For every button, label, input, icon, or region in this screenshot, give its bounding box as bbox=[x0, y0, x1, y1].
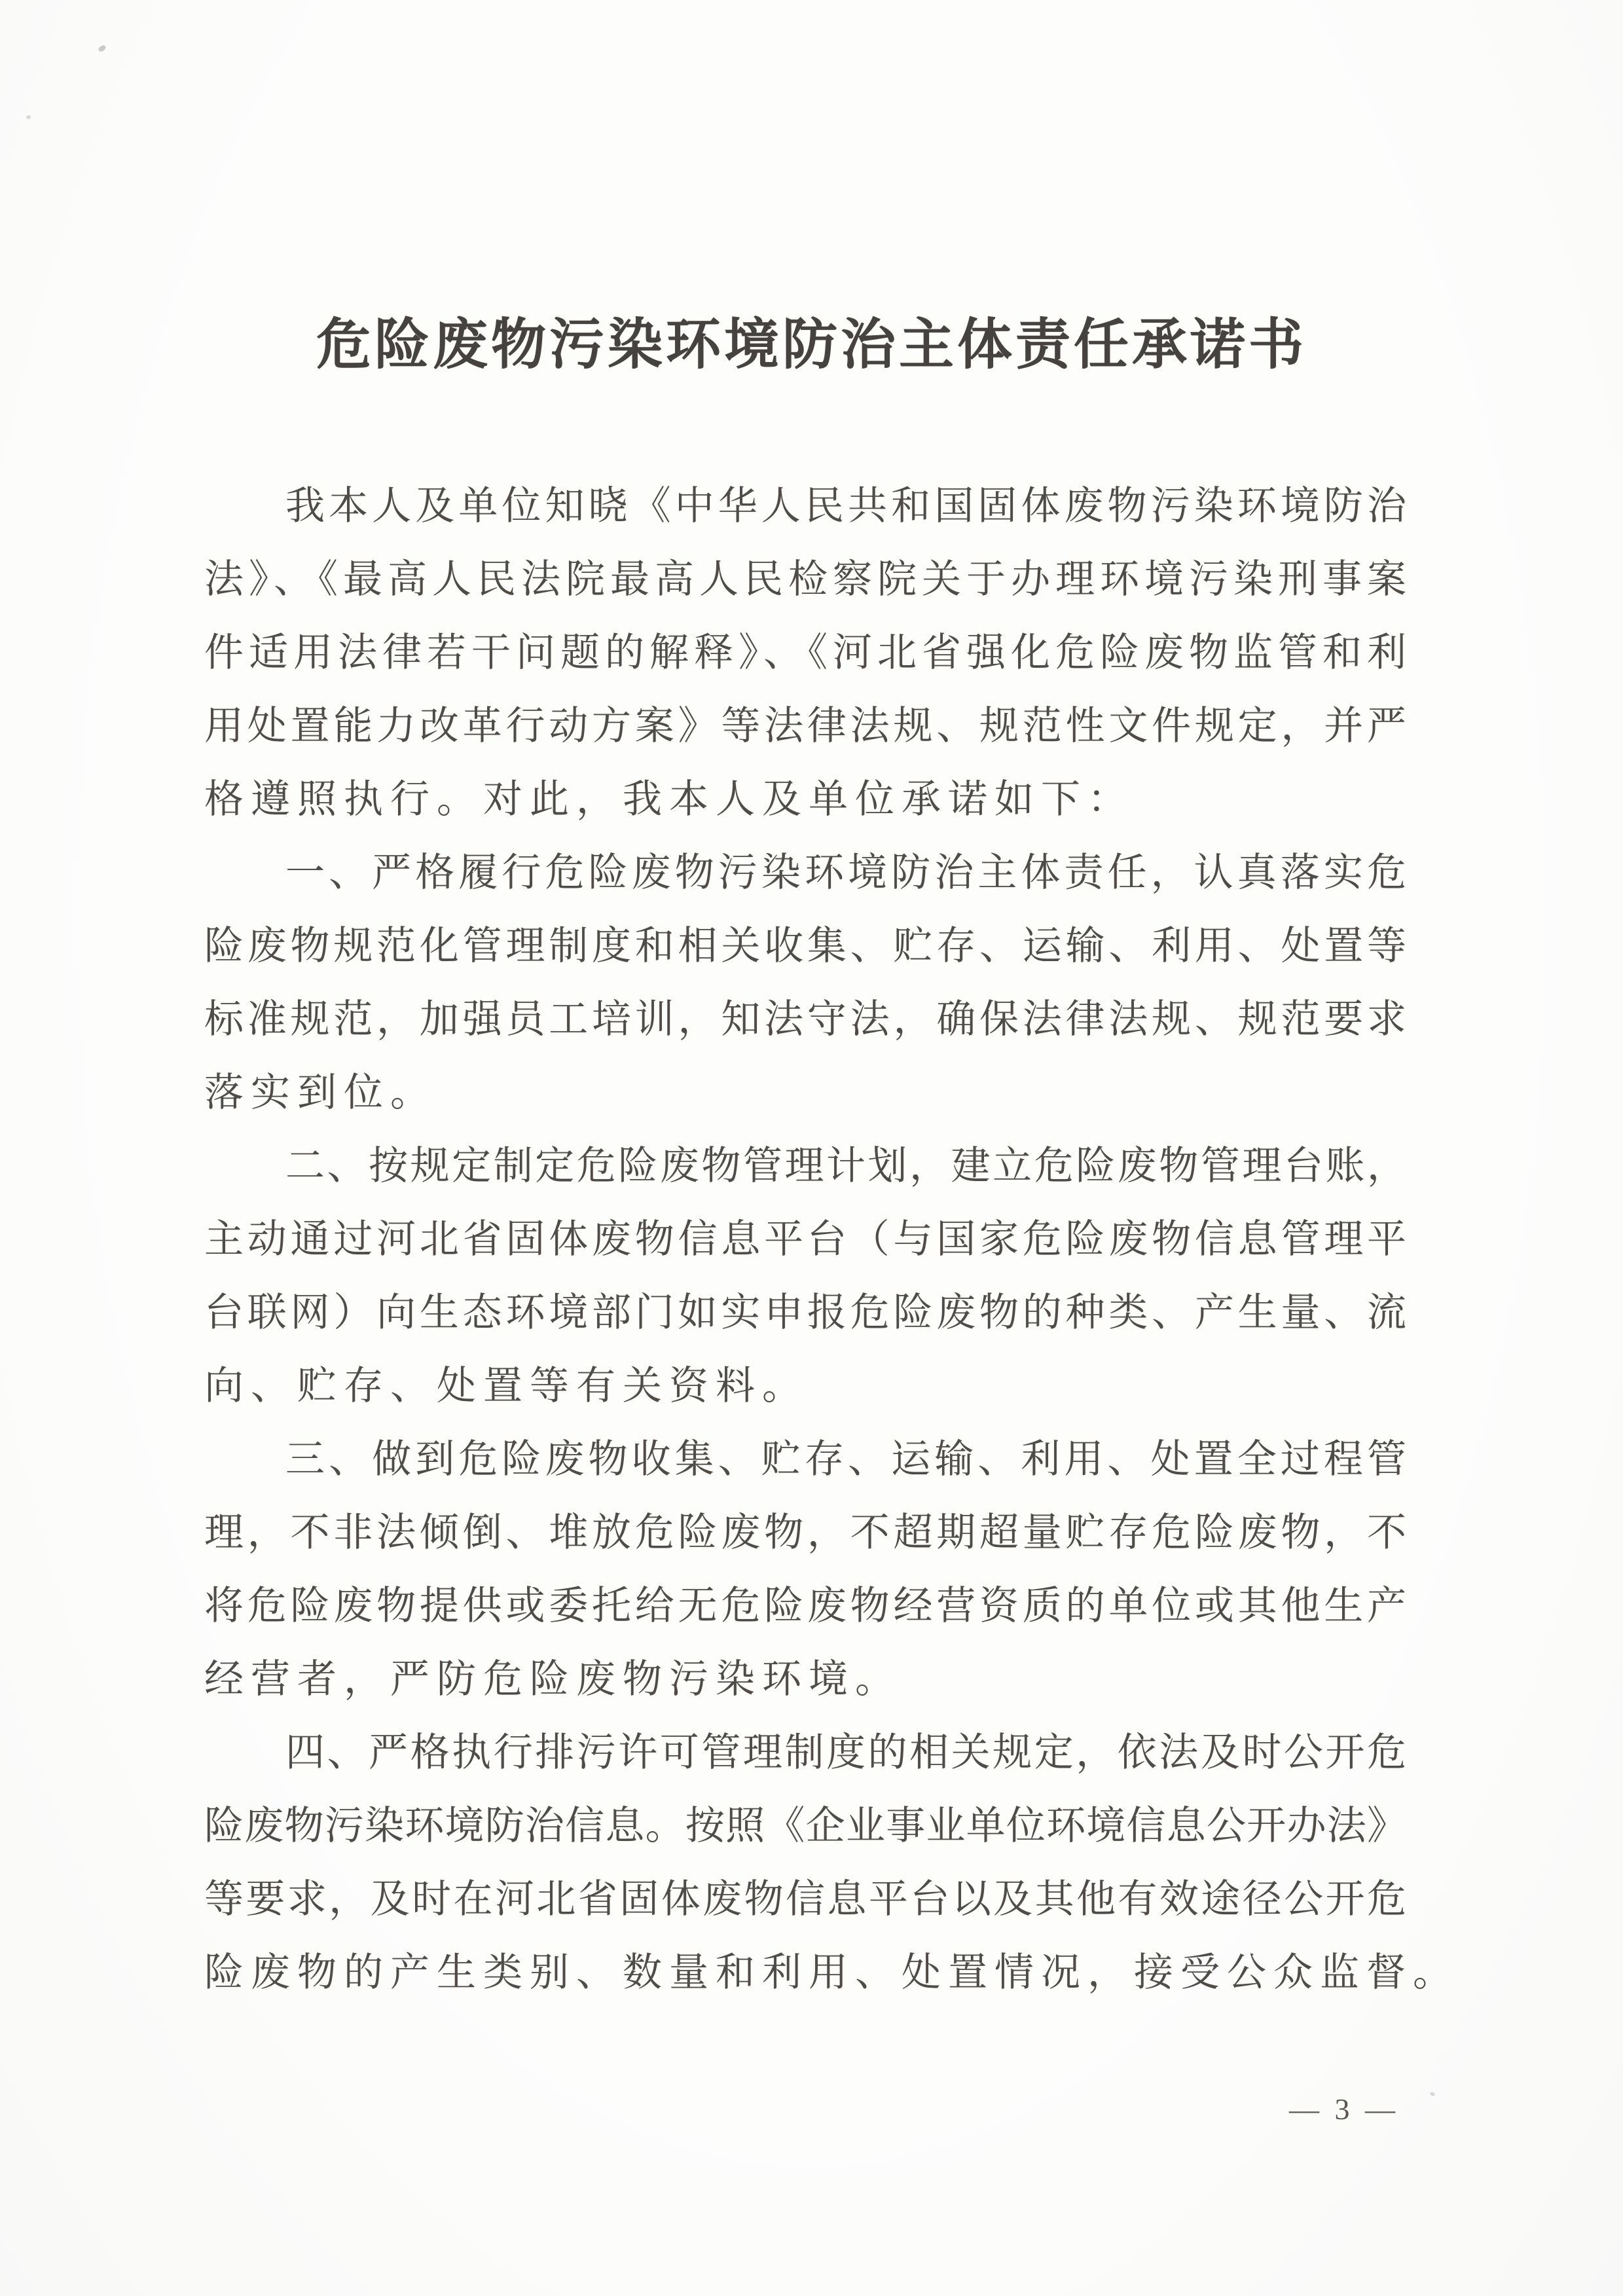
body-line: 台联网）向生态环境部门如实申报危险废物的种类、产生量、流 bbox=[204, 1276, 1406, 1349]
body-line: 四、严格执行排污许可管理制度的相关规定，依法及时公开危 bbox=[204, 1716, 1406, 1789]
body-line: 主动通过河北省固体废物信息平台（与国家危险废物信息管理平 bbox=[204, 1203, 1406, 1276]
body-line: 法》、《最高人民法院最高人民检察院关于办理环境污染刑事案 bbox=[204, 543, 1406, 616]
scan-speck bbox=[1429, 2092, 1435, 2096]
body-line: 向、贮存、处置等有关资料。 bbox=[204, 1349, 1406, 1423]
body-line: 标准规范，加强员工培训，知法守法，确保法律法规、规范要求 bbox=[204, 983, 1406, 1056]
document-title: 危险废物污染环境防治主体责任承诺书 bbox=[0, 306, 1623, 385]
body-line: 险废物污染环境防治信息。按照《企业事业单位环境信息公开办法》 bbox=[204, 1789, 1406, 1863]
scan-speck bbox=[98, 44, 107, 52]
body-line: 格遵照执行。对此，我本人及单位承诺如下： bbox=[204, 763, 1406, 836]
body-line: 将危险废物提供或委托给无危险废物经营资质的单位或其他生产 bbox=[204, 1569, 1406, 1643]
page-number: — 3 — bbox=[1275, 2090, 1413, 2129]
body-line: 二、按规定制定危险废物管理计划，建立危险废物管理台账， bbox=[204, 1129, 1406, 1203]
body-line: 我本人及单位知晓《中华人民共和国固体废物污染环境防治 bbox=[204, 469, 1406, 543]
body-line: 一、严格履行危险废物污染环境防治主体责任，认真落实危 bbox=[204, 836, 1406, 909]
body-line: 件适用法律若干问题的解释》、《河北省强化危险废物监管和利 bbox=[204, 616, 1406, 689]
scan-speck bbox=[26, 115, 31, 119]
document-page: 危险废物污染环境防治主体责任承诺书 我本人及单位知晓《中华人民共和国固体废物污染… bbox=[0, 0, 1623, 2296]
document-body: 我本人及单位知晓《中华人民共和国固体废物污染环境防治法》、《最高人民法院最高人民… bbox=[204, 469, 1406, 2009]
body-line: 经营者，严防危险废物污染环境。 bbox=[204, 1643, 1406, 1716]
body-line: 险废物规范化管理制度和相关收集、贮存、运输、利用、处置等 bbox=[204, 909, 1406, 983]
body-line: 用处置能力改革行动方案》等法律法规、规范性文件规定，并严 bbox=[204, 689, 1406, 763]
body-line: 理，不非法倾倒、堆放危险废物，不超期超量贮存危险废物，不 bbox=[204, 1496, 1406, 1569]
body-line: 险废物的产生类别、数量和利用、处置情况，接受公众监督。 bbox=[204, 1936, 1406, 2009]
body-line: 三、做到危险废物收集、贮存、运输、利用、处置全过程管 bbox=[204, 1423, 1406, 1496]
body-line: 落实到位。 bbox=[204, 1056, 1406, 1129]
body-line: 等要求，及时在河北省固体废物信息平台以及其他有效途径公开危 bbox=[204, 1863, 1406, 1936]
